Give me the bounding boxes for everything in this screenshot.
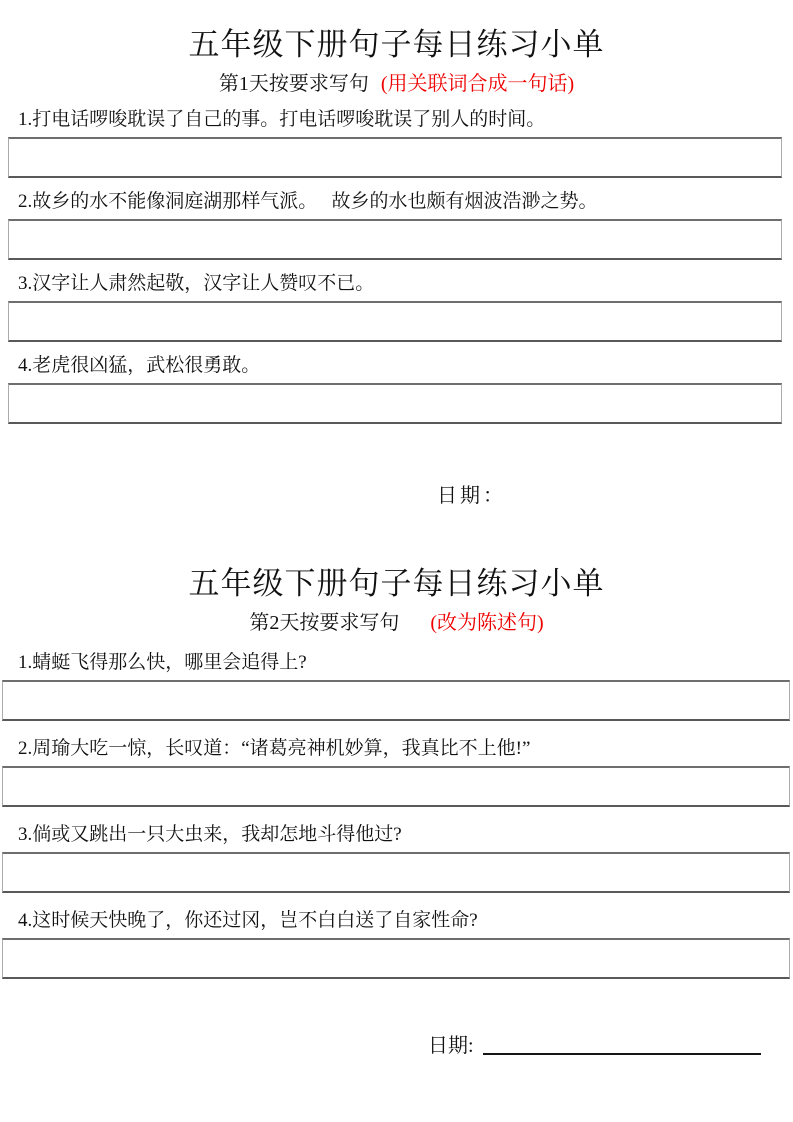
question-text: 1.打电话啰唆耽误了自己的事。打电话啰唆耽误了别人的时间。 <box>0 96 793 137</box>
section-subtitle: 第2天按要求写句 (改为陈述句) <box>0 611 793 635</box>
answer-box[interactable] <box>8 383 782 424</box>
day2-section: 五年级下册句子每日练习小单 第2天按要求写句 (改为陈述句) 1.蜻蜓飞得那么快… <box>0 508 793 1058</box>
answer-box[interactable] <box>8 301 782 342</box>
section-title: 五年级下册句子每日练习小单 <box>0 508 793 602</box>
question-block-1: 1.打电话啰唆耽误了自己的事。打电话啰唆耽误了别人的时间。 <box>0 96 793 178</box>
subtitle-note: (改为陈述句) <box>430 612 543 634</box>
question-block-2: 2.故乡的水不能像洞庭湖那样气派。 故乡的水也颇有烟波浩渺之势。 <box>0 178 793 260</box>
subtitle-note: (用关联词合成一句话) <box>381 73 574 95</box>
date-underline[interactable] <box>483 1053 761 1055</box>
question-text: 4.老虎很凶猛，武松很勇敢。 <box>0 342 793 383</box>
worksheet-page: 五年级下册句子每日练习小单 第1天按要求写句 (用关联词合成一句话) 1.打电话… <box>0 0 793 1122</box>
question-text: 4.这时候天快晚了，你还过冈，岂不白白送了自家性命? <box>0 893 793 938</box>
question-block-4: 4.老虎很凶猛，武松很勇敢。 <box>0 342 793 424</box>
question-block-4: 4.这时候天快晚了，你还过冈，岂不白白送了自家性命? <box>0 893 793 979</box>
answer-box[interactable] <box>2 852 790 893</box>
question-text: 2.周瑜大吃一惊，长叹道：“诸葛亮神机妙算，我真比不上他!” <box>0 721 793 766</box>
answer-box[interactable] <box>2 766 790 807</box>
question-text: 2.故乡的水不能像洞庭湖那样气派。 故乡的水也颇有烟波浩渺之势。 <box>0 178 793 219</box>
section-title: 五年级下册句子每日练习小单 <box>0 0 793 63</box>
subtitle-text: 第2天按要求写句 <box>249 612 399 634</box>
date-label: 日期: <box>428 1034 474 1058</box>
question-block-1: 1.蜻蜓飞得那么快，哪里会追得上? <box>0 635 793 721</box>
answer-box[interactable] <box>2 938 790 979</box>
answer-box[interactable] <box>8 137 782 178</box>
question-block-3: 3.汉字让人肃然起敬，汉字让人赞叹不已。 <box>0 260 793 342</box>
date-label: 日期： <box>437 484 793 508</box>
question-block-2: 2.周瑜大吃一惊，长叹道：“诸葛亮神机妙算，我真比不上他!” <box>0 721 793 807</box>
section-subtitle: 第1天按要求写句 (用关联词合成一句话) <box>0 72 793 96</box>
date-row: 日期: <box>428 1034 793 1058</box>
answer-box[interactable] <box>8 219 782 260</box>
question-text: 3.汉字让人肃然起敬，汉字让人赞叹不已。 <box>0 260 793 301</box>
question-block-3: 3.倘或又跳出一只大虫来，我却怎地斗得他过? <box>0 807 793 893</box>
subtitle-text: 第1天按要求写句 <box>219 73 369 95</box>
day1-section: 五年级下册句子每日练习小单 第1天按要求写句 (用关联词合成一句话) 1.打电话… <box>0 0 793 508</box>
question-text: 1.蜻蜓飞得那么快，哪里会追得上? <box>0 635 793 680</box>
question-text: 3.倘或又跳出一只大虫来，我却怎地斗得他过? <box>0 807 793 852</box>
answer-box[interactable] <box>2 680 790 721</box>
